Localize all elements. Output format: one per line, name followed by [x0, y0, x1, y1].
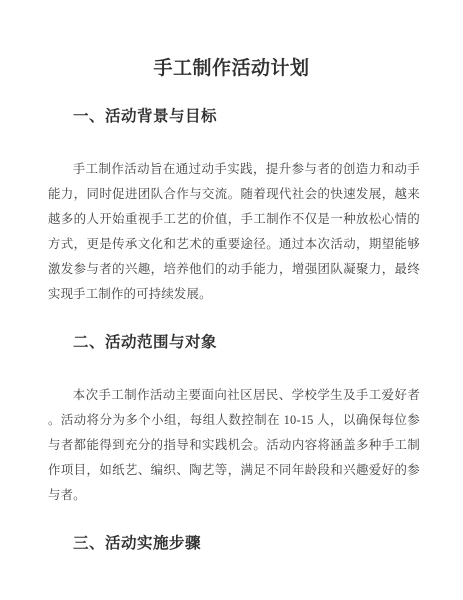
- section-1-paragraph: 手工制作活动旨在通过动手实践，提升参与者的创造力和动手能力，同时促进团队合作与交…: [48, 157, 420, 307]
- section-3-heading: 三、活动实施步骤: [73, 534, 420, 553]
- section-2-heading: 二、活动范围与对象: [73, 333, 420, 352]
- section-scope-audience: 二、活动范围与对象 本次手工制作活动主要面向社区居民、学校学生及手工爱好者。活动…: [0, 333, 463, 508]
- section-background-goals: 一、活动背景与目标 手工制作活动旨在通过动手实践，提升参与者的创造力和动手能力，…: [0, 107, 463, 307]
- section-implementation-steps: 三、活动实施步骤: [0, 534, 463, 553]
- section-1-heading: 一、活动背景与目标: [73, 107, 420, 126]
- section-2-paragraph: 本次手工制作活动主要面向社区居民、学校学生及手工爱好者。活动将分为多个小组，每组…: [48, 383, 420, 508]
- document-page: 手工制作活动计划 一、活动背景与目标 手工制作活动旨在通过动手实践，提升参与者的…: [0, 0, 463, 600]
- document-title: 手工制作活动计划: [0, 0, 463, 81]
